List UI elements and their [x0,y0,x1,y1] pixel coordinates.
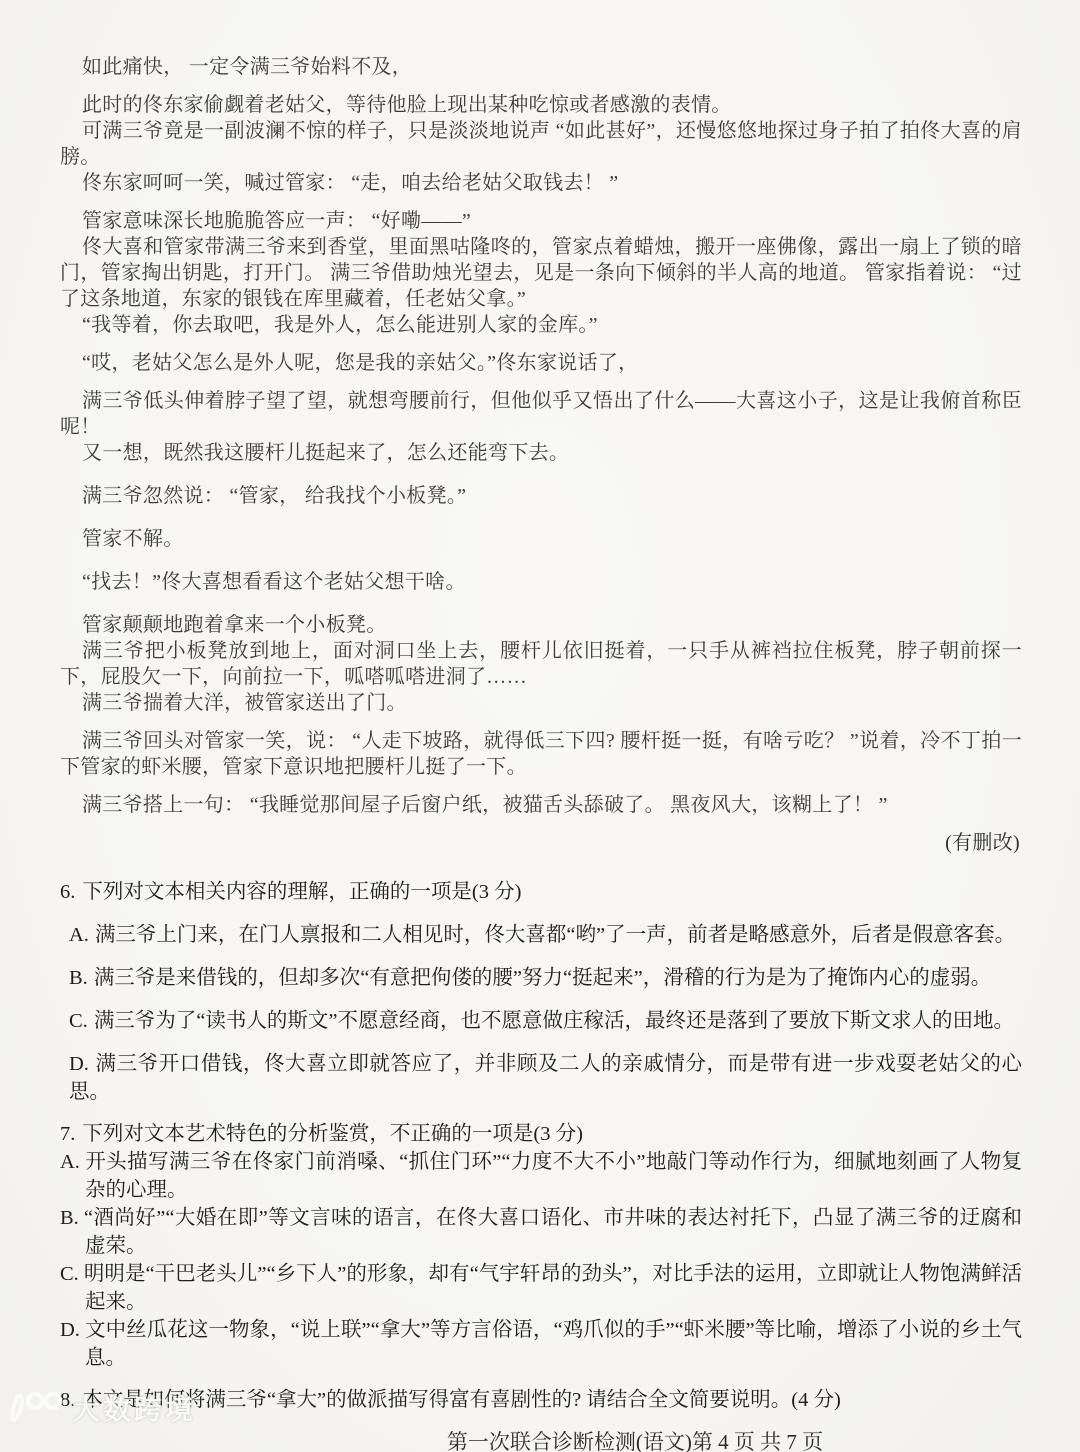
question-7: 7.下列对文本艺术特色的分析鉴赏，不正确的一项是(3 分) A.开头描写满三爷在… [60,1120,1022,1372]
passage-paragraph: 管家意味深长地脆脆答应一声： “好嘞——” [60,208,1022,234]
watermark-text: 大数跨境 [72,1388,196,1428]
deletion-note: (有删改) [60,830,1022,856]
passage-paragraph: 满三爷搭上一句： “我睡觉那间屋子后窗户纸，被猫舌头舔破了。 黑夜风大，该糊上了… [60,792,1022,818]
questions-section: 6.下列对文本相关内容的理解，正确的一项是(3 分) A.满三爷上门来，在门人禀… [60,878,1022,1414]
option-label: B. [69,967,88,989]
option-label: A. [60,1151,80,1173]
question-8-stem-text: 本文是如何将满三爷“拿大”的做派描写得富有喜剧性的? 请结合全文简要说明。(4 … [82,1389,840,1411]
option-label: D. [69,1053,89,1075]
option-label: B. [60,1207,79,1229]
passage-paragraph: 可满三爷竟是一副波澜不惊的样子，只是淡淡地说声 “如此甚好”，还慢悠悠地探过身子… [60,118,1022,170]
question-6: 6.下列对文本相关内容的理解，正确的一项是(3 分) A.满三爷上门来，在门人禀… [60,878,1022,1106]
question-7-option-b: B.“酒尚好”“大婚在即”等文言味的语言，在佟大喜口语化、市井味的表达衬托下，凸… [60,1204,1022,1260]
option-label: D. [60,1319,80,1341]
passage-paragraph: 管家颠颠地跑着拿来一个小板凳。 [60,612,1022,638]
passage-paragraph: 满三爷把小板凳放到地上，面对洞口坐上去，腰杆儿依旧挺着，一只手从裤裆拉住板凳，脖… [60,638,1022,690]
reading-passage: 如此痛快， 一定令满三爷始料不及， 此时的佟东家偷觑着老姑父，等待他脸上现出某种… [60,54,1022,856]
passage-paragraph: 满三爷揣着大洋，被管家送出了门。 [60,690,1022,716]
passage-paragraph: 如此痛快， 一定令满三爷始料不及， [60,54,1022,80]
option-label: C. [60,1263,79,1285]
question-6-option-a: A.满三爷上门来，在门人禀报和二人相见时，佟大喜都“哟”了一声，前者是略感意外，… [60,921,1022,949]
question-8-stem: 8.本文是如何将满三爷“拿大”的做派描写得富有喜剧性的? 请结合全文简要说明。(… [60,1386,1022,1414]
question-7-number: 7. [60,1123,75,1145]
passage-paragraph: 满三爷低头伸着脖子望了望，就想弯腰前行，但他似乎又悟出了什么——大喜这小子，这是… [60,388,1022,440]
question-6-option-d: D.满三爷开口借钱，佟大喜立即就答应了，并非顾及二人的亲戚情分，而是带有进一步戏… [60,1050,1022,1106]
page-footer: 第一次联合诊断检测(语文)第 4 页 共 7 页 [0,1426,1080,1452]
watermark: 大数跨境 [8,1388,196,1428]
question-6-option-c: C.满三爷为了“读书人的斯文”不愿意经商，也不愿意做庄稼活，最终还是落到了要放下… [60,1007,1022,1035]
question-7-option-c: C.明明是“干巴老头儿”“乡下人”的形象，却有“气宇轩昂的劲头”，对比手法的运用… [60,1260,1022,1316]
option-text: 满三爷为了“读书人的斯文”不愿意经商，也不愿意做庄稼活，最终还是落到了要放下斯文… [94,1010,1014,1032]
question-7-stem-text: 下列对文本艺术特色的分析鉴赏，不正确的一项是(3 分) [82,1123,583,1145]
option-text: “酒尚好”“大婚在即”等文言味的语言，在佟大喜口语化、市井味的表达衬托下，凸显了… [84,1207,1022,1257]
option-label: C. [69,1010,88,1032]
question-6-stem: 6.下列对文本相关内容的理解，正确的一项是(3 分) [60,878,1022,906]
passage-paragraph: 佟大喜和管家带满三爷来到香堂，里面黑咕隆咚的，管家点着蜡烛，搬开一座佛像，露出一… [60,234,1022,312]
question-8: 8.本文是如何将满三爷“拿大”的做派描写得富有喜剧性的? 请结合全文简要说明。(… [60,1386,1022,1414]
passage-paragraph: 满三爷回头对管家一笑，说： “人走下坡路，就得低三下四? 腰杆挺一挺，有啥亏吃？… [60,728,1022,780]
passage-paragraph: 满三爷忽然说： “管家， 给我找个小板凳。” [60,483,1022,509]
passage-paragraph: 又一想，既然我这腰杆儿挺起来了，怎么还能弯下去。 [60,440,1022,466]
passage-paragraph: 此时的佟东家偷觑着老姑父，等待他脸上现出某种吃惊或者感激的表情。 [60,92,1022,118]
passage-paragraph: “我等着，你去取吧，我是外人，怎么能进别人家的金库。” [60,312,1022,338]
option-label: A. [69,924,89,946]
question-6-options: A.满三爷上门来，在门人禀报和二人相见时，佟大喜都“哟”了一声，前者是略感意外，… [60,921,1022,1106]
passage-paragraph: “找去！”佟大喜想看看这个老姑父想干啥。 [60,569,1022,595]
question-6-number: 6. [60,881,75,903]
question-6-option-b: B.满三爷是来借钱的，但却多次“有意把佝偻的腰”努力“挺起来”，滑稽的行为是为了… [60,964,1022,992]
passage-paragraph: 佟东家呵呵一笑，喊过管家： “走，咱去给老姑父取钱去！ ” [60,170,1022,196]
option-text: 满三爷是来借钱的，但却多次“有意把佝偻的腰”努力“挺起来”，滑稽的行为是为了掩饰… [94,967,991,989]
option-text: 明明是“干巴老头儿”“乡下人”的形象，却有“气宇轩昂的劲头”，对比手法的运用，立… [84,1263,1022,1313]
passage-paragraph: 管家不解。 [60,526,1022,552]
page-content: 如此痛快， 一定令满三爷始料不及， 此时的佟东家偷觑着老姑父，等待他脸上现出某种… [60,54,1022,1414]
option-text: 满三爷开口借钱，佟大喜立即就答应了，并非顾及二人的亲戚情分，而是带有进一步戏耍老… [69,1053,1022,1103]
question-6-stem-text: 下列对文本相关内容的理解，正确的一项是(3 分) [82,881,521,903]
passage-paragraph: “哎，老姑父怎么是外人呢，您是我的亲姑父。”佟东家说话了， [60,350,1022,376]
question-7-stem: 7.下列对文本艺术特色的分析鉴赏，不正确的一项是(3 分) [60,1120,1022,1148]
question-7-option-d: D.文中丝瓜花这一物象，“说上联”“拿大”等方言俗语，“鸡爪似的手”“虾米腰”等… [60,1316,1022,1372]
option-text: 开头描写满三爷在佟家门前消嗓、“抓住门环”“力度不大不小”地敲门等动作行为，细腻… [85,1151,1022,1201]
question-7-options: A.开头描写满三爷在佟家门前消嗓、“抓住门环”“力度不大不小”地敲门等动作行为，… [60,1148,1022,1372]
exam-page: 如此痛快， 一定令满三爷始料不及， 此时的佟东家偷觑着老姑父，等待他脸上现出某种… [0,0,1080,1452]
option-text: 文中丝瓜花这一物象，“说上联”“拿大”等方言俗语，“鸡爪似的手”“虾米腰”等比喻… [85,1319,1022,1369]
watermark-logo-icon [8,1388,64,1428]
question-7-option-a: A.开头描写满三爷在佟家门前消嗓、“抓住门环”“力度不大不小”地敲门等动作行为，… [60,1148,1022,1204]
option-text: 满三爷上门来，在门人禀报和二人相见时，佟大喜都“哟”了一声，前者是略感意外，后者… [95,924,1015,946]
